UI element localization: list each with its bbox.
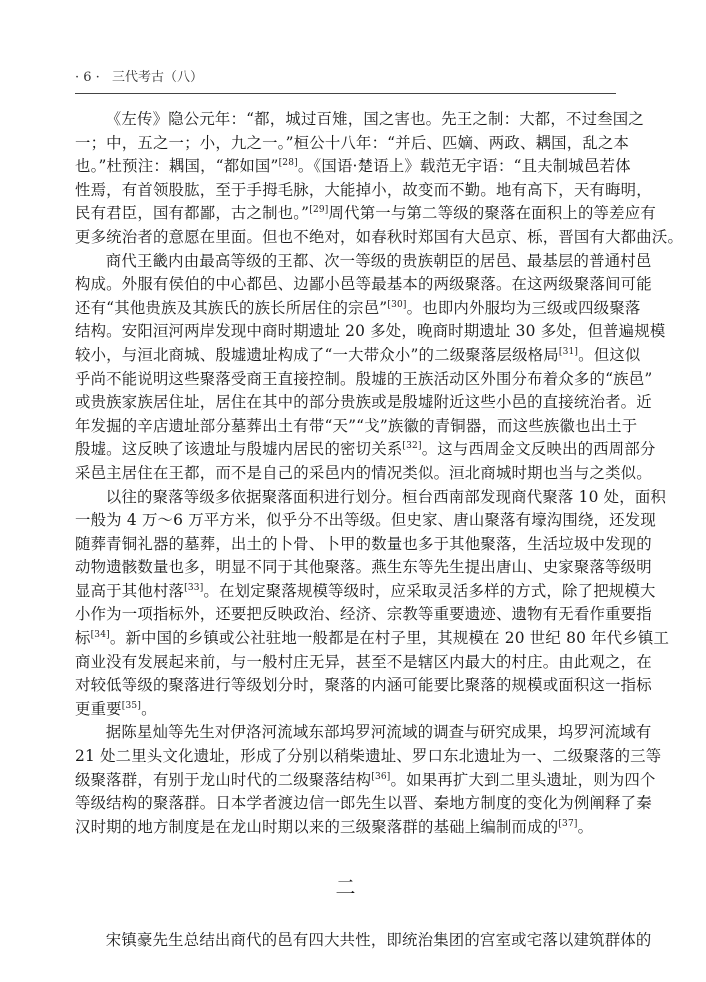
text-line: 对较低等级的聚落进行等级划分时，聚落的内涵可能要比聚落的规模或面积这一指标 (75, 674, 616, 698)
paragraph-container: 《左传》隐公元年：“都，城过百雉，国之害也。先王之制：大都，不过叁国之一；中，五… (75, 108, 616, 839)
text-line: 商代王畿内由最高等级的王都、次一等级的贵族朝臣的居邑、最基层的普通村邑 (75, 250, 616, 274)
text-line: 《左传》隐公元年：“都，城过百雉，国之害也。先王之制：大都，不过叁国之 (75, 108, 616, 132)
text-line: 采邑主居住在王都，而不是自己的采邑内的情况类似。洹北商城时期也当与之类似。 (75, 462, 616, 486)
text-line: 显高于其他村落[33]。在划定聚落规模等级时，应采取灵活多样的方式，除了把规模大 (75, 580, 616, 604)
paragraph: 商代王畿内由最高等级的王都、次一等级的贵族朝臣的居邑、最基层的普通村邑构成。外服… (75, 250, 616, 486)
text-line: 较小，与洹北商城、殷墟遗址构成了“一大带众小”的二级聚落层级格局[31]。但这似 (75, 344, 616, 368)
citation-marker: [30] (387, 300, 406, 310)
text-line: 一般为 4 万～6 万平方米，似乎分不出等级。但史家、唐山聚落有壕沟围绕，还发现 (75, 509, 616, 533)
text-line: 宋镇豪先生总结出商代的邑有四大共性，即统治集团的宫室或宅落以建筑群体的 (75, 929, 616, 953)
text-line: 殷墟。这反映了该遗址与殷墟内居民的密切关系[32]。这与西周金文反映出的西周部分 (75, 438, 616, 462)
paragraph: 据陈星灿等先生对伊洛河流域东部坞罗河流域的调查与研究成果，坞罗河流域有21 处二… (75, 721, 616, 839)
text-line: 等级结构的聚落群。日本学者渡边信一郎先生以晋、秦地方制度的变化为例阐释了秦 (75, 792, 616, 816)
citation-marker: [37] (558, 819, 577, 829)
citation-marker: [35] (122, 701, 141, 711)
text-line: 21 处二里头文化遗址，形成了分别以稍柴遗址、罗口东北遗址为一、二级聚落的三等 (75, 745, 616, 769)
text-line: 民有君臣，国有都鄙，古之制也。”[29]周代第一与第二等级的聚落在面积上的等差应… (75, 202, 616, 226)
text-line: 动物遗骸数量也多，明显不同于其他聚落。燕生东等先生提出唐山、史家聚落等级明 (75, 556, 616, 580)
text-line: 一；中，五之一；小，九之一。”桓公十八年：“并后、匹嫡、两政、耦国，乱之本 (75, 132, 616, 156)
text-line: 以往的聚落等级多依据聚落面积进行划分。桓台西南部发现商代聚落 10 处，面积 (75, 486, 616, 510)
text-line: 性焉，有首领股肱，至于手拇毛脉，大能掉小，故变而不勤。地有高下，天有晦明， (75, 179, 616, 203)
citation-marker: [32] (402, 441, 421, 451)
citation-marker: [28] (279, 158, 298, 168)
body-text: 《左传》隐公元年：“都，城过百雉，国之害也。先王之制：大都，不过叁国之一；中，五… (75, 108, 616, 953)
citation-marker: [33] (184, 583, 203, 593)
text-line: 商业没有发展起来前，与一般村庄无异，甚至不是辖区内最大的村庄。由此观之，在 (75, 651, 616, 675)
text-line: 年发掘的辛店遗址部分墓葬出土有带“天”“戈”族徽的青铜器，而这些族徽也出土于 (75, 415, 616, 439)
book-title: 三代考古（八） (112, 70, 203, 85)
text-line: 乎尚不能说明这些聚落受商王直接控制。殷墟的王族活动区外围分布着众多的“族邑” (75, 368, 616, 392)
section-heading: 二 (75, 845, 616, 929)
paragraph: 《左传》隐公元年：“都，城过百雉，国之害也。先王之制：大都，不过叁国之一；中，五… (75, 108, 616, 250)
text-line: 构成。外服有侯伯的中心都邑、边鄙小邑等最基本的两级聚落。在这两级聚落间可能 (75, 273, 616, 297)
text-line: 还有“其他贵族及其族氏的族长所居住的宗邑”[30]。也即内外服均为三级或四级聚落 (75, 297, 616, 321)
running-header: · 6 · 三代考古（八） (75, 68, 616, 92)
text-line: 结构。安阳洹河两岸发现中商时期遗址 20 多处，晚商时期遗址 30 多处，但普遍… (75, 320, 616, 344)
final-paragraph-container: 宋镇豪先生总结出商代的邑有四大共性，即统治集团的宫室或宅落以建筑群体的 (75, 929, 616, 953)
paragraph: 宋镇豪先生总结出商代的邑有四大共性，即统治集团的宫室或宅落以建筑群体的 (75, 929, 616, 953)
text-line: 更重要[35]。 (75, 698, 616, 722)
text-line: 级聚落群，有别于龙山时代的二级聚落结构[36]。如果再扩大到二里头遗址，则为四个 (75, 769, 616, 793)
text-line: 据陈星灿等先生对伊洛河流域东部坞罗河流域的调查与研究成果，坞罗河流域有 (75, 721, 616, 745)
page-number: · 6 · (75, 70, 100, 85)
paragraph: 以往的聚落等级多依据聚落面积进行划分。桓台西南部发现商代聚落 10 处，面积一般… (75, 486, 616, 722)
citation-marker: [34] (91, 630, 110, 640)
text-line: 也。”杜预注：耦国，“都如国”[28]。《国语·楚语上》载范无宇语：“且夫制城邑… (75, 155, 616, 179)
text-line: 小作为一项指标外，还要把反映政治、经济、宗教等重要遗迹、遗物有无看作重要指 (75, 603, 616, 627)
text-line: 或贵族家族居住址，居住在其中的部分贵族或是殷墟附近这些小邑的直接统治者。近 (75, 391, 616, 415)
text-line: 标[34]。新中国的乡镇或公社驻地一般都是在村子里，其规模在 20 世纪 80 … (75, 627, 616, 651)
citation-marker: [36] (371, 772, 390, 782)
citation-marker: [29] (309, 205, 328, 215)
text-line: 随葬青铜礼器的墓葬，出土的卜骨、卜甲的数量也多于其他聚落，生活垃圾中发现的 (75, 533, 616, 557)
text-line: 更多统治者的意愿在里面。但也不绝对，如春秋时郑国有大邑京、栎，晋国有大都曲沃。 (75, 226, 616, 250)
citation-marker: [31] (559, 347, 578, 357)
header-rule (75, 93, 616, 94)
text-line: 汉时期的地方制度是在龙山时期以来的三级聚落群的基础上编制而成的[37]。 (75, 816, 616, 840)
